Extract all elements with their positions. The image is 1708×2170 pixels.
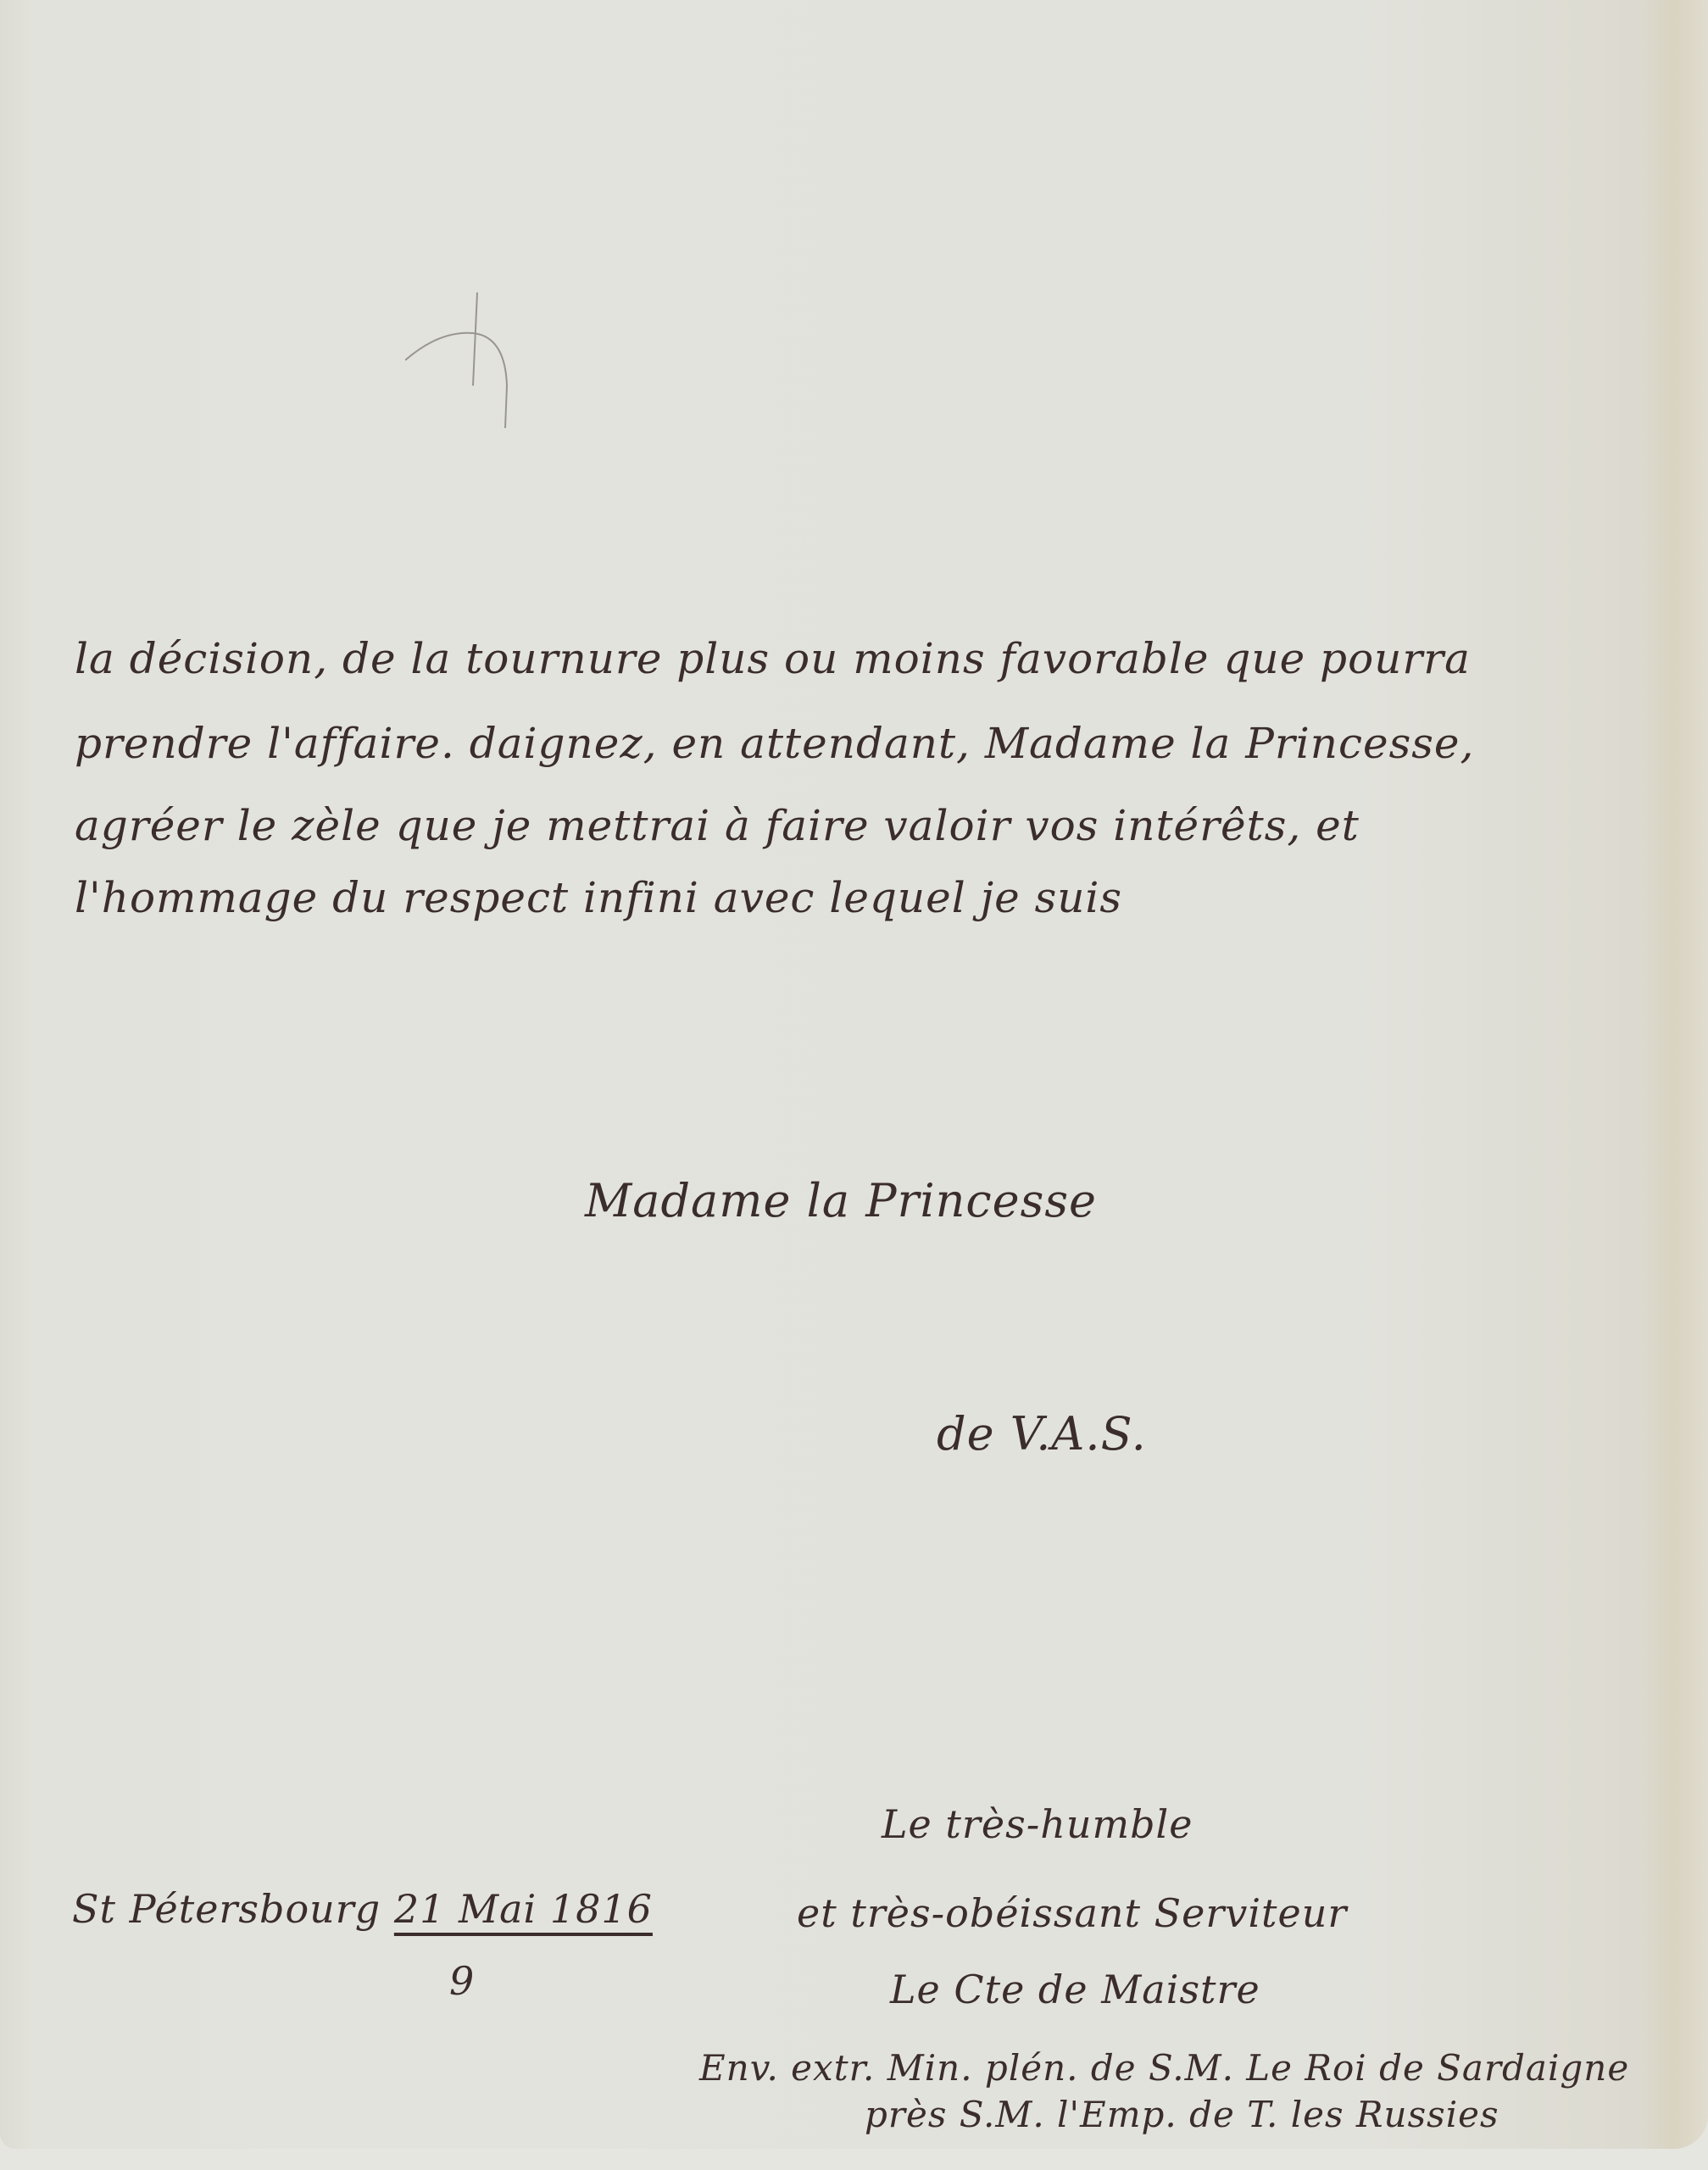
body-line-3: agréer le zèle que je mettrai à faire va… (75, 801, 1360, 850)
date-note: 9 (449, 1958, 475, 2004)
signature-line-2: et très-obéissant Serviteur (797, 1890, 1347, 1936)
pencil-mark-icon (405, 284, 575, 428)
letter-page: la décision, de la tournure plus ou moin… (0, 0, 1708, 2149)
body-line-4: l'hommage du respect infini avec lequel … (75, 873, 1122, 922)
body-line-1: la décision, de la tournure plus ou moin… (75, 634, 1471, 683)
date: 21 Mai 1816 (394, 1886, 653, 1932)
date-line: St Pétersbourg 21 Mai 1816 (72, 1886, 653, 1932)
signature-line-1: Le très-humble (882, 1801, 1193, 1847)
body-line-2: prendre l'affaire. daignez, en attendant… (75, 719, 1474, 768)
title-line-2: près S.M. l'Emp. de T. les Russies (865, 2094, 1499, 2135)
closing-of: de V.A.S. (937, 1407, 1147, 1461)
place: St Pétersbourg (72, 1886, 381, 1932)
title-line-1: Env. extr. Min. plén. de S.M. Le Roi de … (699, 2047, 1629, 2089)
signature-name: Le Cte de Maistre (890, 1967, 1260, 2012)
salutation: Madame la Princesse (585, 1174, 1097, 1227)
